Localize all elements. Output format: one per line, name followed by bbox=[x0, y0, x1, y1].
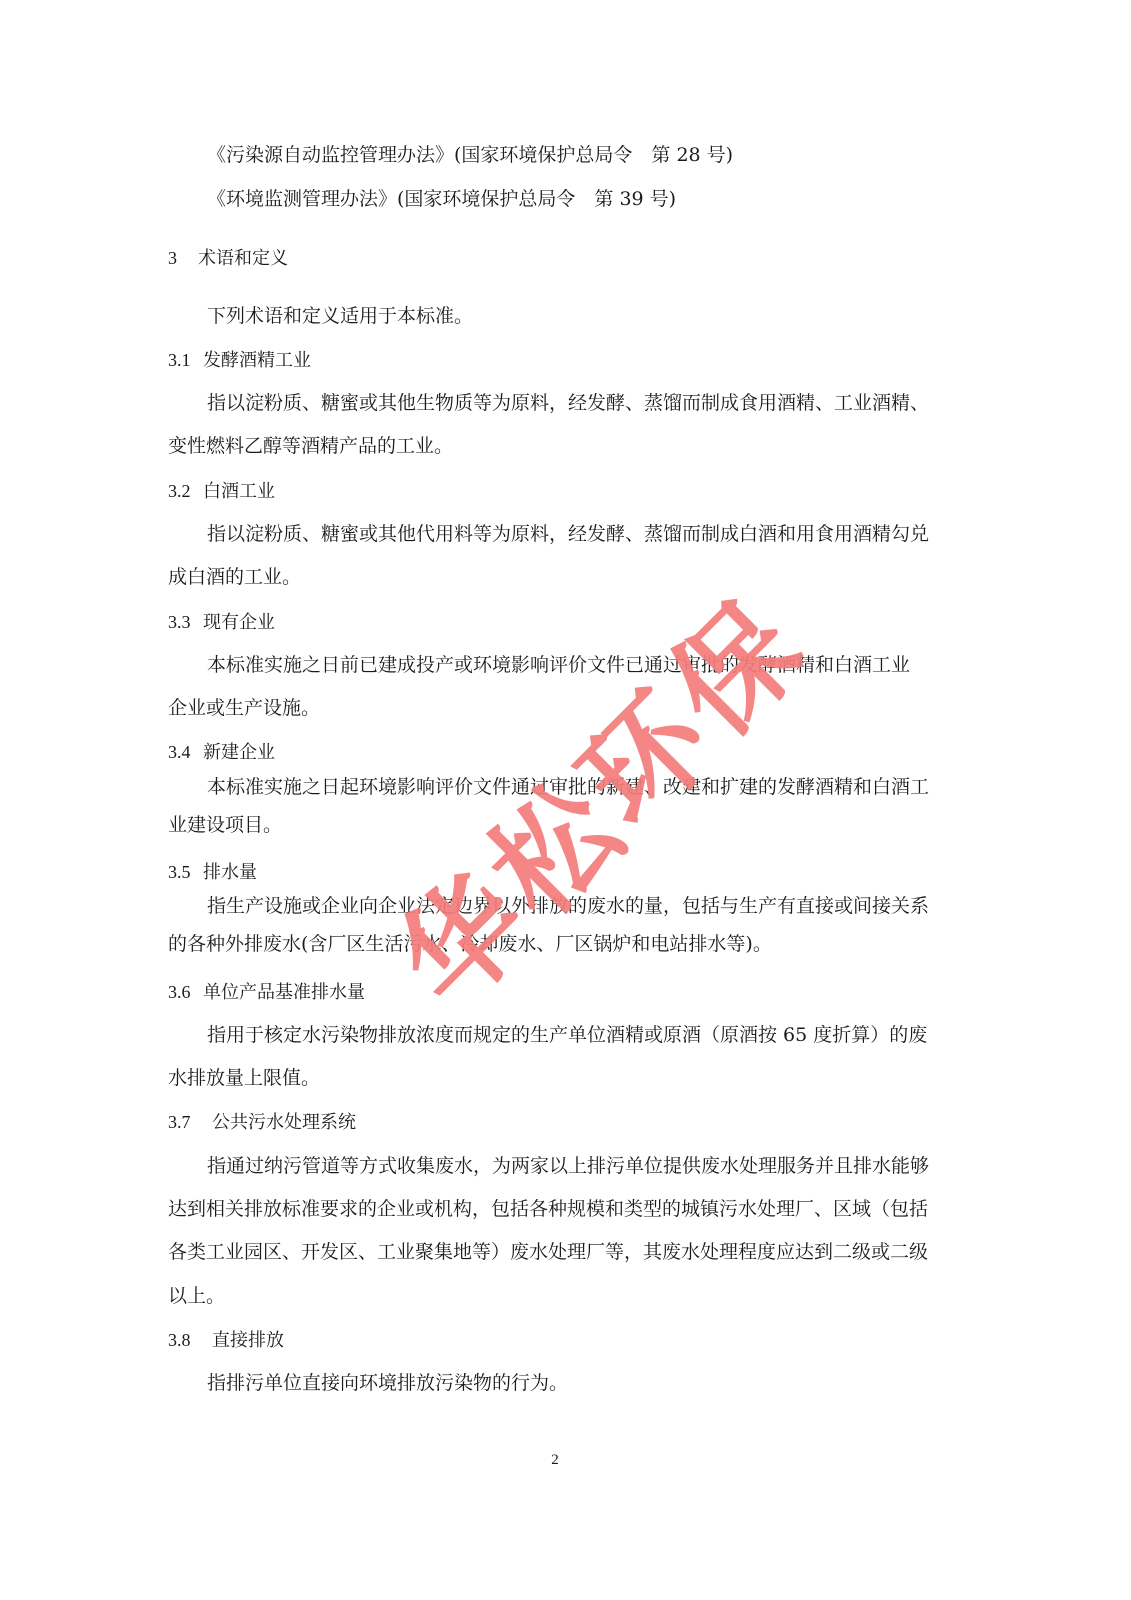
term-heading: 3.8直接排放 bbox=[168, 1328, 284, 1353]
section-title: 术语和定义 bbox=[198, 248, 288, 269]
term-text: 指通过纳污管道等方式收集废水，为两家以上排污单位提供废水处理服务并且排水能够 bbox=[207, 1154, 929, 1178]
term-text: 业建设项目。 bbox=[168, 813, 282, 837]
term-heading: 3.3现有企业 bbox=[168, 610, 275, 635]
term-text: 成白酒的工业。 bbox=[168, 565, 301, 589]
term-text: 指生产设施或企业向企业法定边界以外排放的废水的量，包括与生产有直接或间接关系 bbox=[207, 894, 929, 918]
term-text: 指以淀粉质、糖蜜或其他生物质等为原料，经发酵、蒸馏而制成食用酒精、工业酒精、 bbox=[207, 391, 929, 415]
term-title: 白酒工业 bbox=[203, 481, 275, 502]
term-text: 水排放量上限值。 bbox=[168, 1066, 320, 1090]
term-number: 3.7 bbox=[168, 1110, 212, 1134]
term-number: 3.6 bbox=[168, 980, 203, 1004]
term-heading: 3.7公共污水处理系统 bbox=[168, 1110, 356, 1135]
term-title: 排水量 bbox=[203, 862, 257, 883]
term-number: 3.5 bbox=[168, 860, 203, 884]
section-intro: 下列术语和定义适用于本标准。 bbox=[207, 304, 473, 328]
reference-line: 《环境监测管理办法》(国家环境保护总局令 第 39 号) bbox=[207, 187, 676, 211]
document-page: 《污染源自动监控管理办法》(国家环境保护总局令 第 28 号) 《环境监测管理办… bbox=[0, 0, 1131, 1600]
term-text: 的各种外排废水(含厂区生活污水、冷却废水、厂区锅炉和电站排水等)。 bbox=[168, 932, 772, 956]
term-title: 直接排放 bbox=[212, 1330, 284, 1351]
page-number: 2 bbox=[0, 1452, 1110, 1469]
term-text: 企业或生产设施。 bbox=[168, 696, 320, 720]
term-title: 现有企业 bbox=[203, 612, 275, 633]
term-text: 变性燃料乙醇等酒精产品的工业。 bbox=[168, 434, 453, 458]
term-heading: 3.5排水量 bbox=[168, 860, 257, 885]
reference-line: 《污染源自动监控管理办法》(国家环境保护总局令 第 28 号) bbox=[207, 143, 733, 167]
term-text: 指以淀粉质、糖蜜或其他代用料等为原料，经发酵、蒸馏而制成白酒和用食用酒精勾兑 bbox=[207, 522, 929, 546]
term-heading: 3.4新建企业 bbox=[168, 740, 275, 765]
term-text: 本标准实施之日起环境影响评价文件通过审批的新建、改建和扩建的发酵酒精和白酒工 bbox=[207, 775, 929, 799]
term-text: 达到相关排放标准要求的企业或机构，包括各种规模和类型的城镇污水处理厂、区域（包括 bbox=[168, 1197, 928, 1221]
term-text: 指用于核定水污染物排放浓度而规定的生产单位酒精或原酒（原酒按 65 度折算）的废 bbox=[207, 1023, 927, 1047]
term-number: 3.4 bbox=[168, 740, 203, 764]
term-title: 发酵酒精工业 bbox=[203, 350, 311, 371]
term-number: 3.3 bbox=[168, 610, 203, 634]
term-heading: 3.6单位产品基准排水量 bbox=[168, 980, 365, 1005]
term-heading: 3.1发酵酒精工业 bbox=[168, 348, 311, 373]
term-title: 单位产品基准排水量 bbox=[203, 982, 365, 1003]
term-number: 3.1 bbox=[168, 348, 203, 372]
term-text: 本标准实施之日前已建成投产或环境影响评价文件已通过审批的发酵酒精和白酒工业 bbox=[207, 653, 910, 677]
term-text: 以上。 bbox=[168, 1284, 225, 1308]
term-number: 3.2 bbox=[168, 479, 203, 503]
term-text: 指排污单位直接向环境排放污染物的行为。 bbox=[207, 1371, 568, 1395]
term-text: 各类工业园区、开发区、工业聚集地等）废水处理厂等，其废水处理程度应达到二级或二级 bbox=[168, 1240, 928, 1264]
term-number: 3.8 bbox=[168, 1328, 212, 1352]
term-title: 新建企业 bbox=[203, 742, 275, 763]
term-heading: 3.2白酒工业 bbox=[168, 479, 275, 504]
section-number: 3 bbox=[168, 246, 198, 270]
term-title: 公共污水处理系统 bbox=[212, 1112, 356, 1133]
section-heading: 3术语和定义 bbox=[168, 246, 288, 271]
